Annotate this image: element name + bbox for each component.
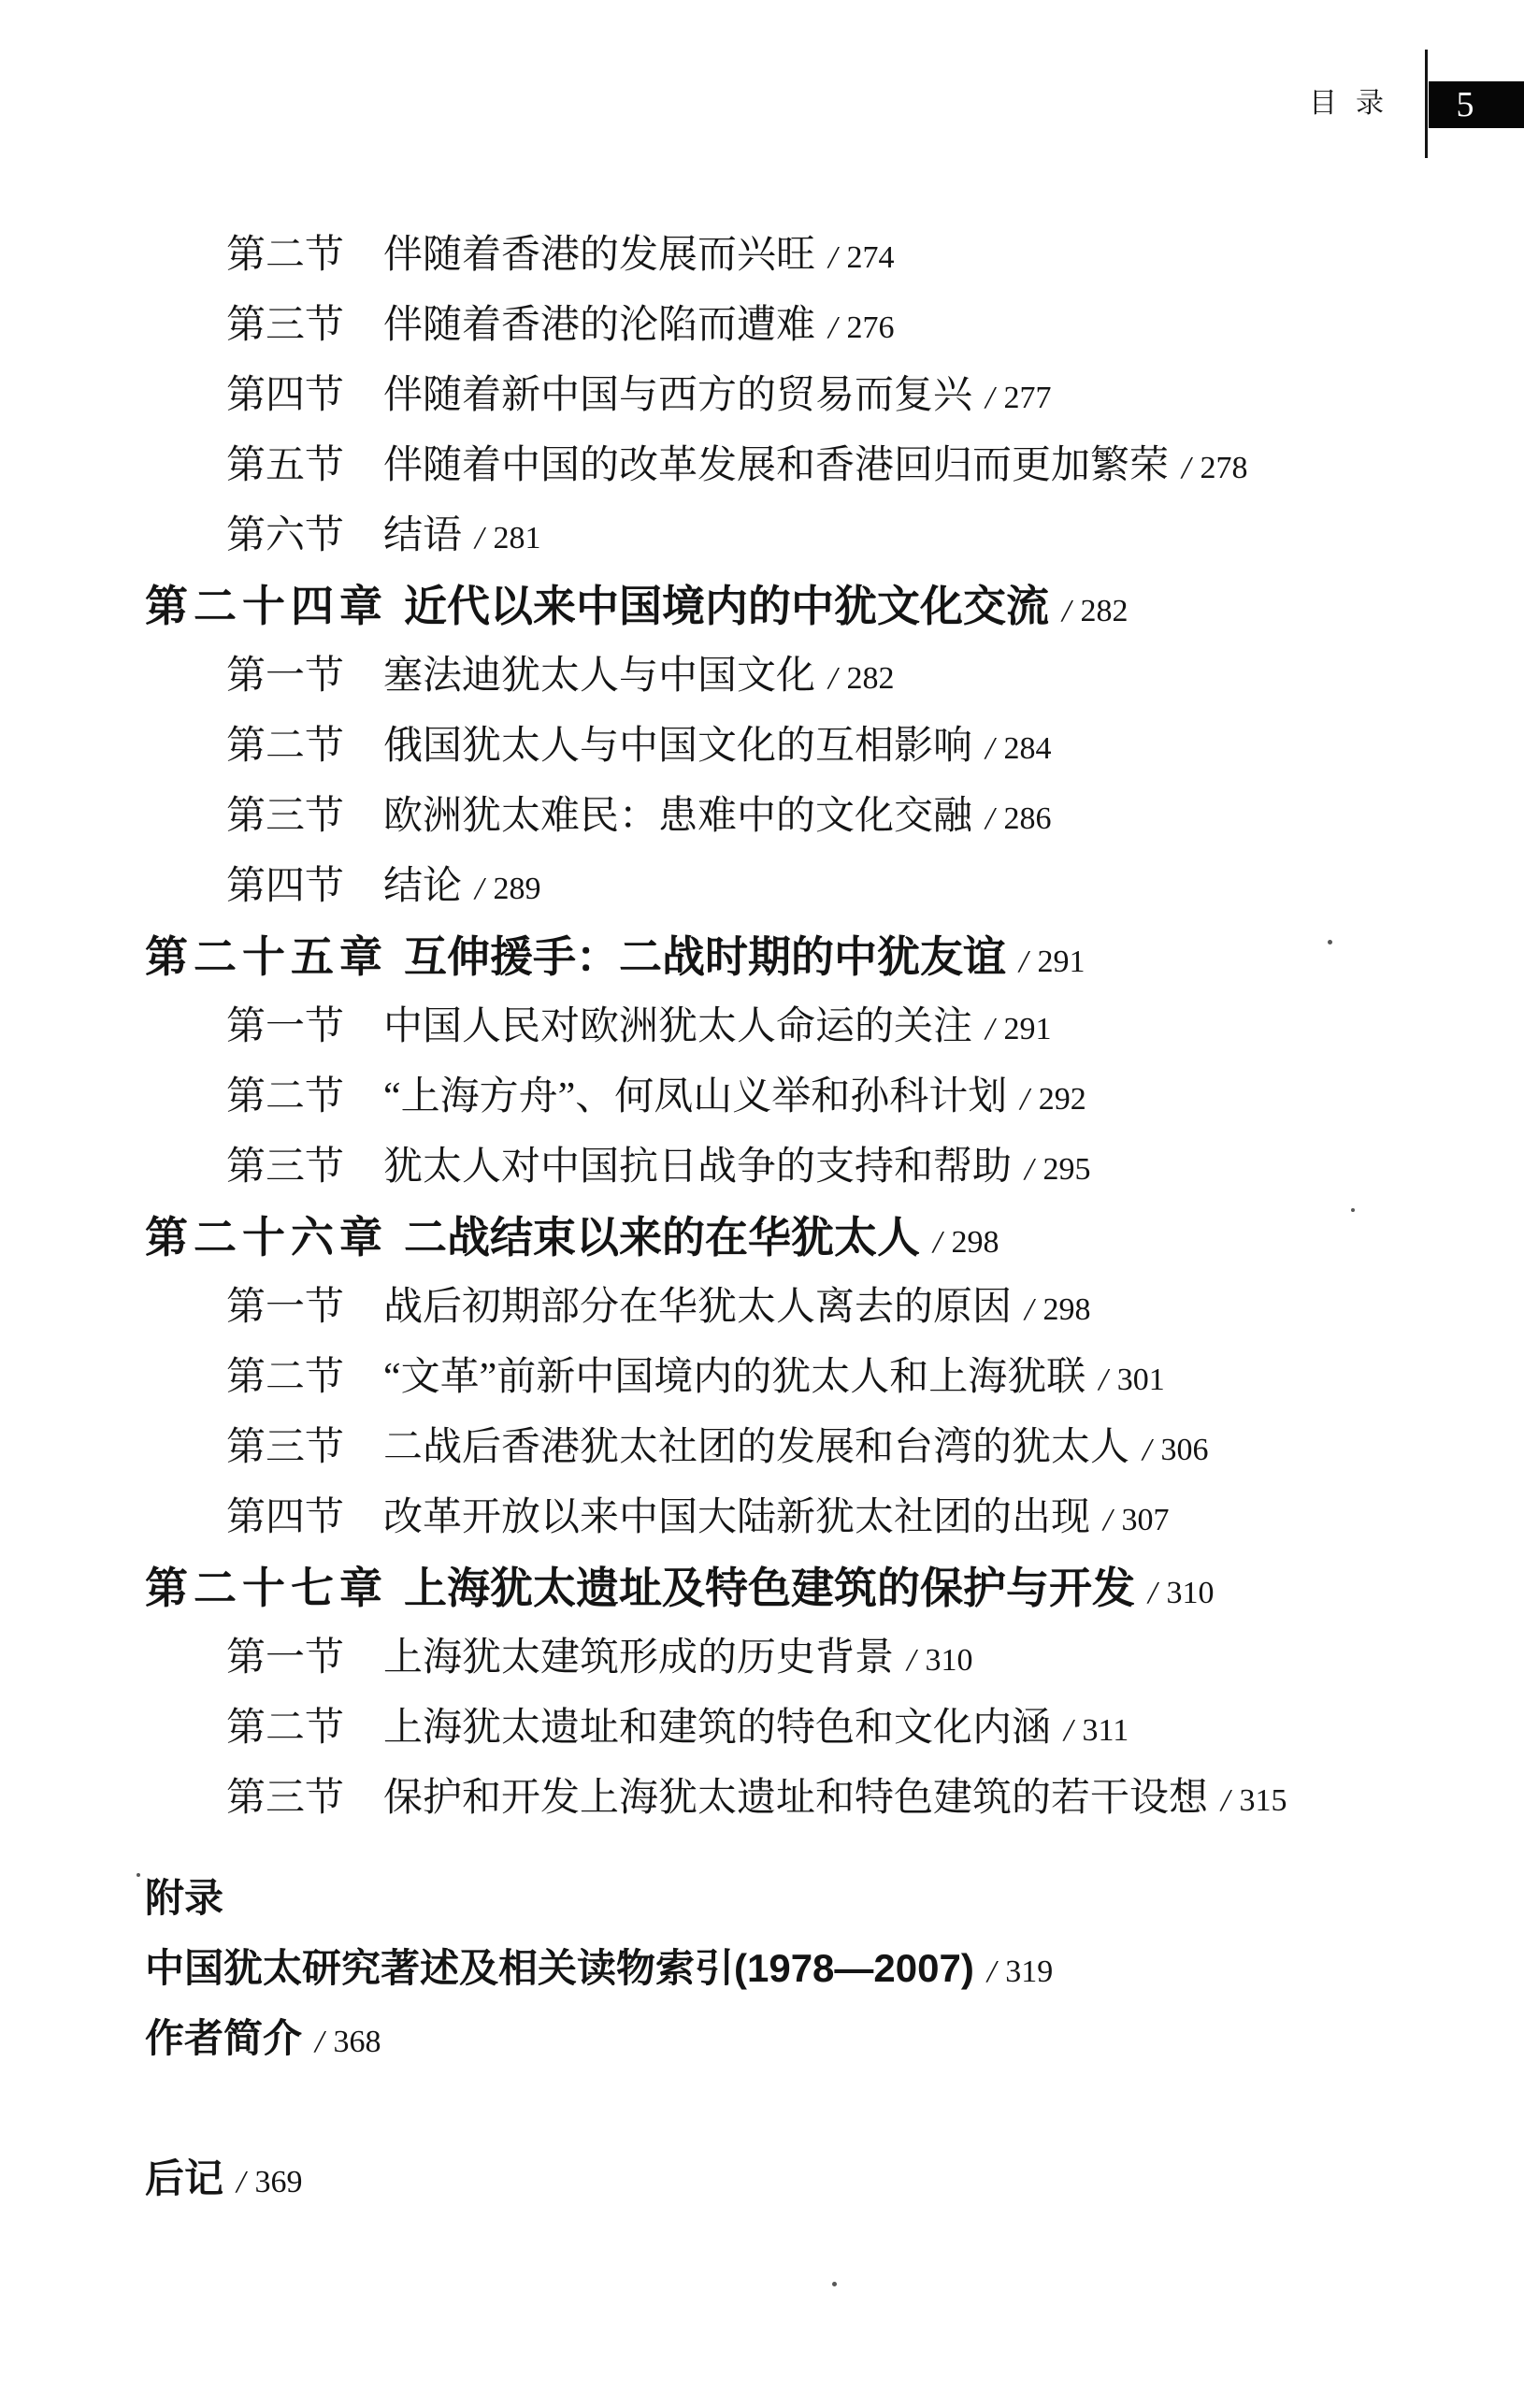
- entry-title: 二战结束以来的在华犹太人: [404, 1213, 920, 1262]
- toc-section-row: 第三节伴随着香港的沦陷而遭难/276: [0, 291, 1524, 361]
- page-separator: /: [315, 2025, 323, 2059]
- entry-title: 欧洲犹太难民：患难中的文化交融: [383, 795, 972, 838]
- toc-section-row: 第三节犹太人对中国抗日战争的支持和帮助/295: [0, 1132, 1524, 1203]
- entry-title: 结语: [383, 514, 462, 557]
- scan-speck: [1328, 940, 1332, 944]
- page-ref: 298: [1042, 1292, 1090, 1327]
- page-ref: 282: [1080, 594, 1128, 628]
- toc-section-row: 第二节“上海方舟”、何凤山义举和孙科计划/292: [0, 1062, 1524, 1132]
- page-separator: /: [985, 731, 994, 766]
- backmatter-row: 作者简介/368: [145, 2003, 1524, 2073]
- entry-title: 保护和开发上海犹太遗址和特色建筑的若干设想: [383, 1777, 1208, 1820]
- page-ref: 369: [254, 2165, 302, 2199]
- section-number-label: 第二节: [226, 712, 383, 782]
- section-number-label: 第三节: [226, 1413, 383, 1483]
- entry-title: 结论: [383, 865, 462, 908]
- entry-title: “文革”前新中国境内的犹太人和上海犹联: [383, 1356, 1085, 1399]
- entry-title: 伴随着中国的改革发展和香港回归而更加繁荣: [383, 444, 1169, 487]
- page-ref: 295: [1042, 1152, 1090, 1187]
- page-separator: /: [1221, 1783, 1229, 1818]
- page-separator: /: [828, 661, 837, 696]
- entry-title: 后记: [145, 2156, 223, 2200]
- toc-section-row: 第四节改革开放以来中国大陆新犹太社团的出现/307: [0, 1483, 1524, 1553]
- entry-title: 中国犹太研究著述及相关读物索引(1978—2007): [145, 1946, 974, 1990]
- backmatter-row: 中国犹太研究著述及相关读物索引(1978—2007)/319: [145, 1933, 1524, 2003]
- entry-title: 伴随着新中国与西方的贸易而复兴: [383, 374, 972, 417]
- folio-number: 5: [1457, 85, 1474, 124]
- entry-title: 伴随着香港的发展而兴旺: [383, 234, 815, 277]
- page-separator: /: [907, 1643, 915, 1678]
- toc-chapter-row: 第二十五章互伸援手：二战时期的中犹友谊/291: [0, 922, 1524, 992]
- page-separator: /: [933, 1225, 942, 1260]
- page-ref: 298: [951, 1225, 999, 1260]
- section-number-label: 第一节: [226, 642, 383, 712]
- entry-title: “上海方舟”、何凤山义举和孙科计划: [383, 1075, 1007, 1118]
- toc-section-row: 第三节保护和开发上海犹太遗址和特色建筑的若干设想/315: [0, 1764, 1524, 1834]
- page-ref: 282: [846, 661, 894, 696]
- section-number-label: 第四节: [226, 852, 383, 922]
- page-ref: 278: [1200, 451, 1247, 485]
- section-number-label: 第一节: [226, 992, 383, 1062]
- toc-section-row: 第四节结论/289: [0, 852, 1524, 922]
- running-head: 目录: [1309, 88, 1402, 120]
- page-ref: 284: [1003, 731, 1051, 766]
- entry-title: 作者简介: [145, 2016, 302, 2060]
- toc-section-row: 第三节二战后香港犹太社团的发展和台湾的犹太人/306: [0, 1413, 1524, 1483]
- toc-section-row: 第二节“文革”前新中国境内的犹太人和上海犹联/301: [0, 1343, 1524, 1413]
- header-rule: [1425, 50, 1428, 158]
- section-number-label: 第六节: [226, 501, 383, 571]
- toc-section-row: 第二节俄国犹太人与中国文化的互相影响/284: [0, 712, 1524, 782]
- entry-title: 战后初期部分在华犹太人离去的原因: [383, 1286, 1012, 1329]
- toc-section-row: 第一节塞法迪犹太人与中国文化/282: [0, 642, 1524, 712]
- backmatter-row: 后记/369: [145, 2143, 1524, 2213]
- backmatter-row: 附录: [145, 1863, 1524, 1933]
- page-separator: /: [987, 1954, 996, 1989]
- entry-title: 互伸援手：二战时期的中犹友谊: [404, 932, 1006, 981]
- page-separator: /: [1062, 594, 1071, 628]
- page-separator: /: [1020, 1082, 1028, 1117]
- page-separator: /: [1103, 1503, 1112, 1537]
- page-ref: 310: [925, 1643, 972, 1678]
- page-ref: 277: [1003, 381, 1051, 415]
- page-separator: /: [1025, 1152, 1033, 1187]
- toc-section-row: 第六节结语/281: [0, 501, 1524, 571]
- page-ref: 292: [1039, 1082, 1086, 1117]
- entry-title: 改革开放以来中国大陆新犹太社团的出现: [383, 1496, 1090, 1539]
- page-ref: 306: [1160, 1433, 1208, 1467]
- entry-title: 近代以来中国境内的中犹文化交流: [404, 582, 1049, 630]
- entry-title: 附录: [145, 1876, 223, 1920]
- section-number-label: 第二节: [226, 1694, 383, 1764]
- page-ref: 310: [1166, 1576, 1214, 1610]
- section-number-label: 第二节: [226, 1062, 383, 1132]
- section-number-label: 第二节: [226, 221, 383, 291]
- section-number-label: 第三节: [226, 1132, 383, 1203]
- section-number-label: 第三节: [226, 1764, 383, 1834]
- page-ref: 276: [846, 310, 894, 345]
- page-separator: /: [1099, 1363, 1107, 1397]
- page-separator: /: [1182, 451, 1190, 485]
- section-number-label: 第三节: [226, 782, 383, 852]
- toc-chapter-row: 第二十四章近代以来中国境内的中犹文化交流/282: [0, 571, 1524, 642]
- chapter-number-label: 第二十七章: [145, 1553, 404, 1623]
- section-number-label: 第四节: [226, 361, 383, 431]
- scan-speck: [137, 1873, 140, 1877]
- page-separator: /: [1064, 1713, 1072, 1748]
- page-separator: /: [237, 2165, 245, 2199]
- toc-section-row: 第五节伴随着中国的改革发展和香港回归而更加繁荣/278: [0, 431, 1524, 501]
- page-ref: 291: [1003, 1012, 1051, 1046]
- entry-title: 塞法迪犹太人与中国文化: [383, 655, 815, 698]
- page-ref: 301: [1117, 1363, 1165, 1397]
- page-ref: 311: [1082, 1713, 1129, 1748]
- entry-title: 上海犹太遗址及特色建筑的保护与开发: [404, 1564, 1135, 1612]
- entry-title: 二战后香港犹太社团的发展和台湾的犹太人: [383, 1426, 1129, 1469]
- toc-section-row: 第二节伴随着香港的发展而兴旺/274: [0, 221, 1524, 291]
- page-ref: 319: [1005, 1954, 1053, 1989]
- page-ref: 315: [1239, 1783, 1287, 1818]
- chapter-number-label: 第二十四章: [145, 571, 404, 642]
- page-ref: 274: [846, 240, 894, 275]
- page-separator: /: [985, 801, 994, 836]
- page-ref: 281: [493, 521, 540, 555]
- chapter-number-label: 第二十六章: [145, 1203, 404, 1273]
- entry-title: 上海犹太建筑形成的历史背景: [383, 1637, 894, 1680]
- toc-section-row: 第一节中国人民对欧洲犹太人命运的关注/291: [0, 992, 1524, 1062]
- page-separator: /: [985, 1012, 994, 1046]
- toc-chapter-row: 第二十六章二战结束以来的在华犹太人/298: [0, 1203, 1524, 1273]
- toc-section-row: 第一节战后初期部分在华犹太人离去的原因/298: [0, 1273, 1524, 1343]
- book-toc-page: 目录 5 第二节伴随着香港的发展而兴旺/274第三节伴随着香港的沦陷而遭难/27…: [0, 0, 1524, 2408]
- page-separator: /: [1025, 1292, 1033, 1327]
- entry-title: 伴随着香港的沦陷而遭难: [383, 304, 815, 347]
- toc-section-row: 第四节伴随着新中国与西方的贸易而复兴/277: [0, 361, 1524, 431]
- page-separator: /: [985, 381, 994, 415]
- section-number-label: 第二节: [226, 1343, 383, 1413]
- page-ref: 289: [493, 872, 540, 906]
- backmatter-list: 附录中国犹太研究著述及相关读物索引(1978—2007)/319作者简介/368…: [145, 1863, 1524, 2213]
- folio-box: 5: [1429, 81, 1524, 128]
- section-number-label: 第三节: [226, 291, 383, 361]
- toc-list: 第二节伴随着香港的发展而兴旺/274第三节伴随着香港的沦陷而遭难/276第四节伴…: [0, 221, 1524, 1834]
- entry-title: 俄国犹太人与中国文化的互相影响: [383, 725, 972, 768]
- page-ref: 307: [1121, 1503, 1169, 1537]
- scan-speck: [1351, 1208, 1355, 1212]
- section-number-label: 第四节: [226, 1483, 383, 1553]
- page-separator: /: [828, 310, 837, 345]
- page-ref: 286: [1003, 801, 1051, 836]
- page-separator: /: [475, 872, 483, 906]
- entry-title: 中国人民对欧洲犹太人命运的关注: [383, 1005, 972, 1048]
- entry-title: 犹太人对中国抗日战争的支持和帮助: [383, 1146, 1012, 1189]
- chapter-number-label: 第二十五章: [145, 922, 404, 992]
- page-ref: 291: [1037, 944, 1085, 979]
- section-number-label: 第一节: [226, 1273, 383, 1343]
- page-ref: 368: [333, 2025, 381, 2059]
- toc-section-row: 第一节上海犹太建筑形成的历史背景/310: [0, 1623, 1524, 1694]
- section-number-label: 第一节: [226, 1623, 383, 1694]
- page-separator: /: [475, 521, 483, 555]
- page-separator: /: [1019, 944, 1028, 979]
- page-separator: /: [1148, 1576, 1157, 1610]
- entry-title: 上海犹太遗址和建筑的特色和文化内涵: [383, 1707, 1051, 1750]
- page-separator: /: [828, 240, 837, 275]
- toc-chapter-row: 第二十七章上海犹太遗址及特色建筑的保护与开发/310: [0, 1553, 1524, 1623]
- section-number-label: 第五节: [226, 431, 383, 501]
- toc-section-row: 第二节上海犹太遗址和建筑的特色和文化内涵/311: [0, 1694, 1524, 1764]
- page-separator: /: [1143, 1433, 1151, 1467]
- scan-speck: [832, 2282, 837, 2286]
- toc-section-row: 第三节欧洲犹太难民：患难中的文化交融/286: [0, 782, 1524, 852]
